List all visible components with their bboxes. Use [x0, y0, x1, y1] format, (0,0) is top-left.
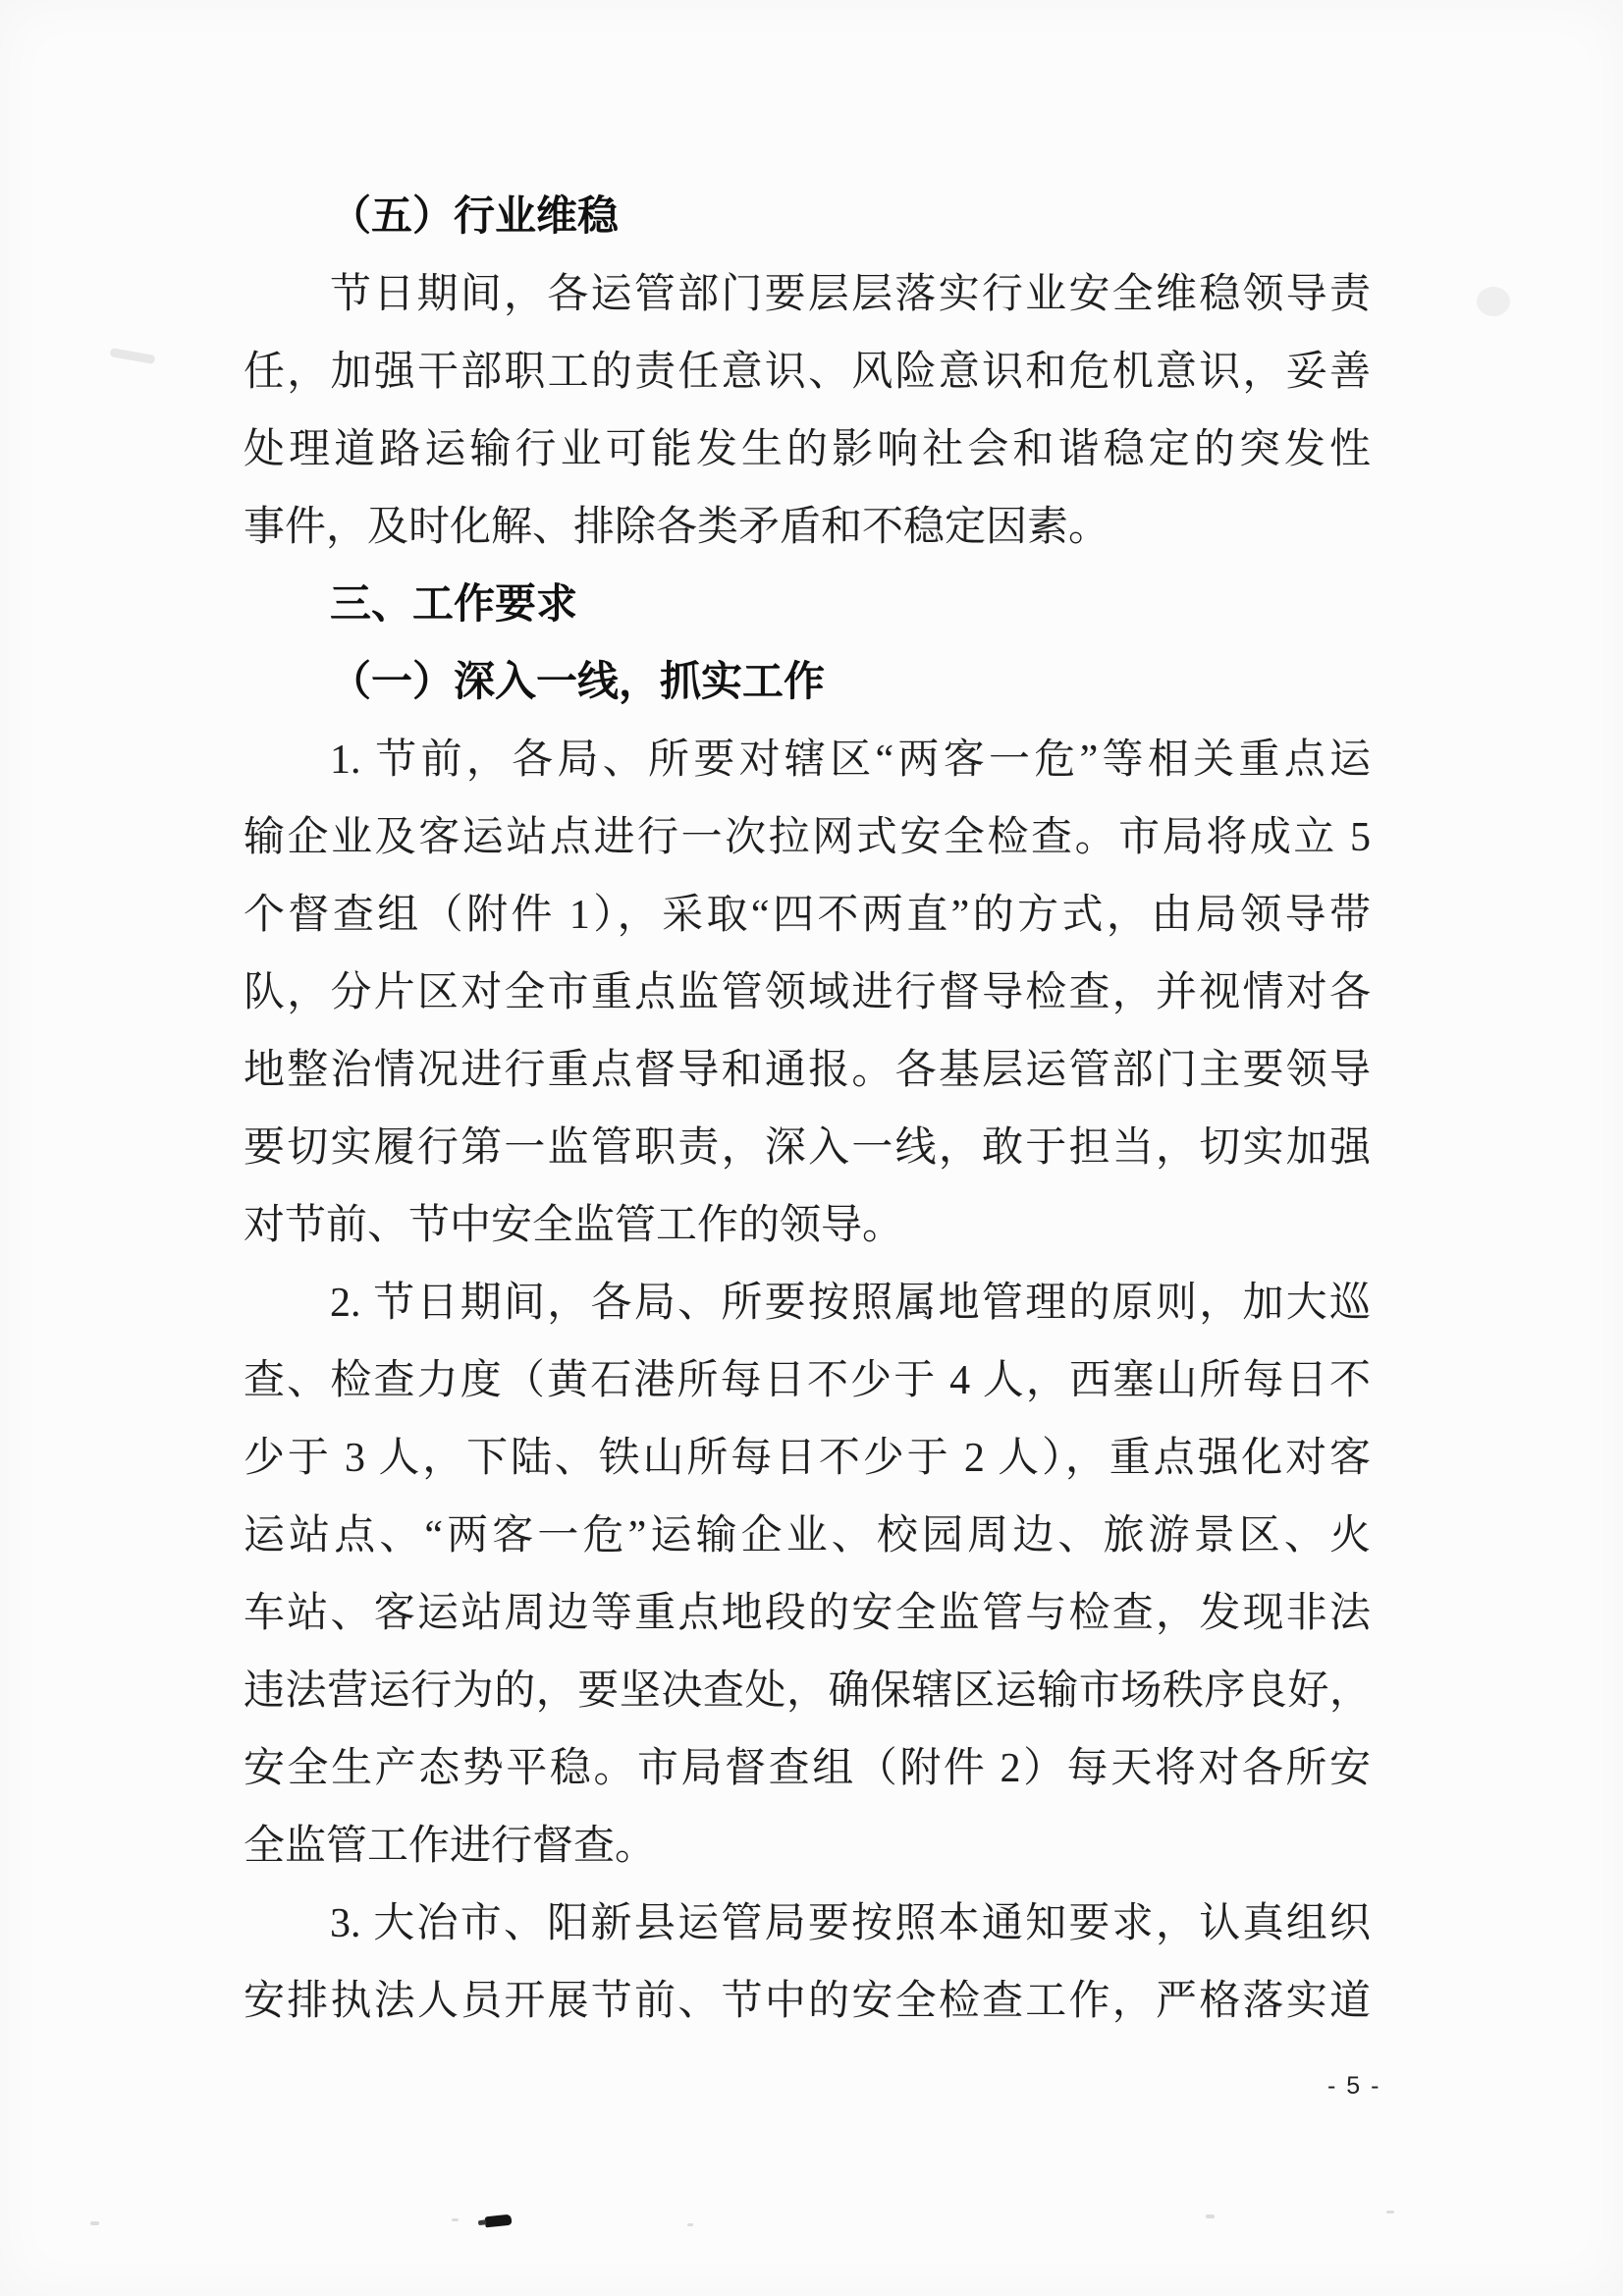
text-line: 队，分片区对全市重点监管领域进行督导检查，并视情对各 [243, 955, 1371, 1032]
text-line: 运站点、“两客一危”运输企业、校园周边、旅游景区、火 [243, 1498, 1371, 1575]
text-line: 个督查组（附件 1），采取“四不两直”的方式，由局领导带 [243, 877, 1371, 955]
section-heading-3: 三、工作要求 [243, 567, 1371, 644]
document-text-block: （五）行业维稳 节日期间，各运管部门要层层落实行业安全维稳领导责 任，加强干部职… [243, 179, 1371, 2041]
scan-smudge-mark [484, 2214, 512, 2228]
text-line: 要切实履行第一监管职责，深入一线，敢于担当，切实加强 [243, 1110, 1371, 1187]
text-line: 安排执法人员开展节前、节中的安全检查工作，严格落实道 [243, 1963, 1371, 2041]
document-page: （五）行业维稳 节日期间，各运管部门要层层落实行业安全维稳领导责 任，加强干部职… [0, 0, 1623, 2296]
text-line: 任，加强干部职工的责任意识、风险意识和危机意识，妥善 [243, 334, 1371, 411]
text-line: 处理道路运输行业可能发生的影响社会和谐稳定的突发性 [243, 411, 1371, 489]
scan-speck [687, 2223, 693, 2226]
scan-speck [452, 2218, 459, 2221]
scan-streak-left [110, 348, 156, 364]
text-line: 节日期间，各运管部门要层层落实行业安全维稳领导责 [243, 256, 1371, 334]
text-line: 地整治情况进行重点督导和通报。各基层运管部门主要领导 [243, 1032, 1371, 1110]
subsection-heading-1: （一）深入一线，抓实工作 [243, 644, 1371, 722]
text-line: 2. 节日期间，各局、所要按照属地管理的原则，加大巡 [243, 1265, 1371, 1342]
text-line: 对节前、节中安全监管工作的领导。 [243, 1187, 1371, 1265]
text-line: 违法营运行为的，要坚决查处，确保辖区运输市场秩序良好， [243, 1653, 1371, 1730]
text-line: 事件，及时化解、排除各类矛盾和不稳定因素。 [243, 489, 1371, 567]
text-line: 查、检查力度（黄石港所每日不少于 4 人，西塞山所每日不 [243, 1342, 1371, 1420]
text-line: 全监管工作进行督查。 [243, 1808, 1371, 1886]
text-line: 1. 节前，各局、所要对辖区“两客一危”等相关重点运 [243, 722, 1371, 799]
page-number: - 5 - [1327, 2072, 1380, 2101]
scan-speck [90, 2221, 99, 2225]
text-line: 安全生产态势平稳。市局督查组（附件 2）每天将对各所安 [243, 1730, 1371, 1808]
text-line: 输企业及客运站点进行一次拉网式安全检查。市局将成立 5 [243, 799, 1371, 877]
section-heading-5: （五）行业维稳 [243, 179, 1371, 256]
text-line: 少于 3 人，下陆、铁山所每日不少于 2 人），重点强化对客 [243, 1420, 1371, 1498]
text-line: 3. 大冶市、阳新县运管局要按照本通知要求，认真组织 [243, 1886, 1371, 1963]
scan-streak-right [1477, 287, 1510, 316]
scan-speck [1206, 2214, 1215, 2218]
text-line: 车站、客运站周边等重点地段的安全监管与检查，发现非法 [243, 1575, 1371, 1653]
scan-speck [1386, 2211, 1394, 2214]
